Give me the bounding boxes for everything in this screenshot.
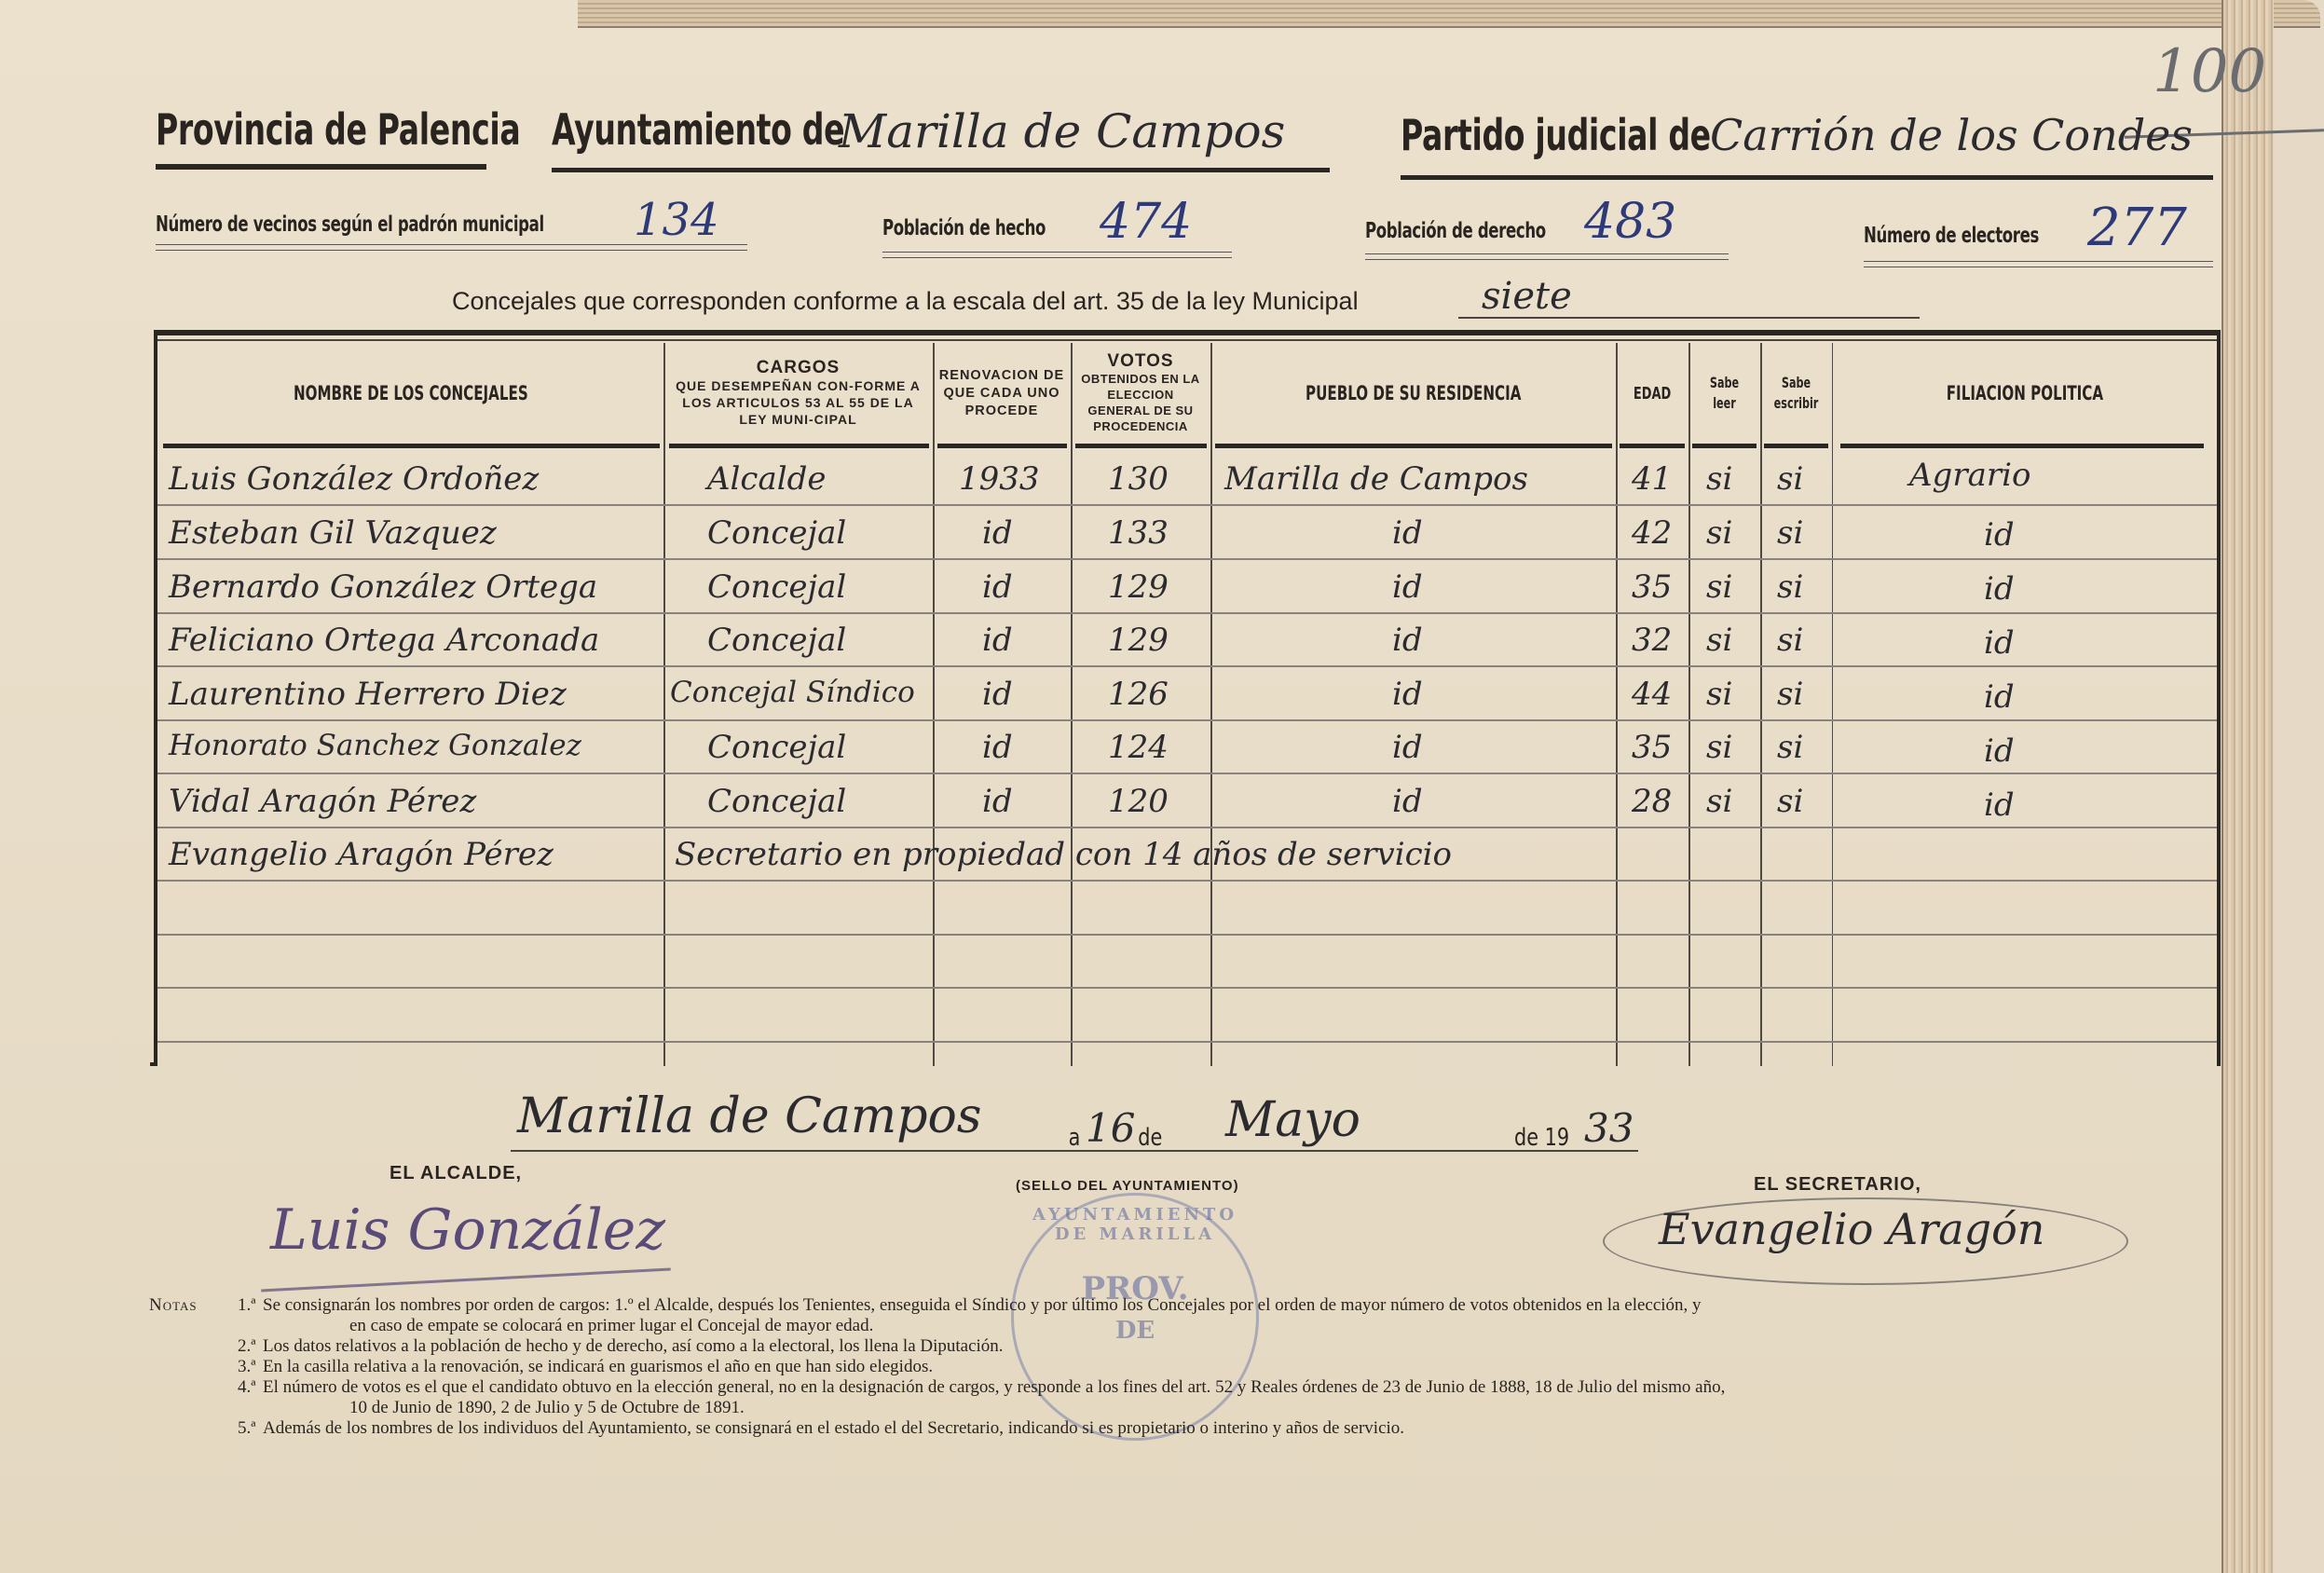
hecho-label: Población de hecho [882,216,1109,240]
cell-renovacion: id [982,676,1013,713]
partido-underline [1401,175,2213,180]
cell-nombre: Esteban Gil Vazquez [169,514,497,552]
cell-escribir: si [1777,568,1803,606]
electores-value: 277 [2087,198,2187,258]
date-day: 16 [1086,1105,1135,1151]
note-item: Notas 1.ª Se consignarán los nombres por… [149,1295,2227,1316]
date-underline [511,1150,1638,1152]
cell-votos: 130 [1108,460,1169,498]
cell-nombre: Honorato Sanchez Gonzalez [169,729,581,762]
cell-escribir: si [1777,676,1803,713]
header-escribir: Sabe escribir [1760,343,1832,444]
note-text-cont: 10 de Junio de 1890, 2 de Julio y 5 de O… [349,1398,745,1418]
note-item: 2.ª Los datos relativos a la población d… [149,1336,2227,1357]
hecho-double-line [882,252,1232,258]
note-text: Los datos relativos a la población de he… [263,1336,1004,1357]
col-divider-double [1832,343,1837,1066]
cell-renovacion: id [982,729,1013,766]
col-divider [1071,343,1073,1066]
cell-filiacion: id [1984,516,2015,554]
row-rule [157,773,2217,774]
cell-edad: 28 [1632,783,1672,820]
cell-leer: si [1706,460,1732,498]
cell-edad: 42 [1632,514,1672,552]
cell-pueblo: id [1392,729,1423,766]
cell-edad: 32 [1632,622,1672,659]
header-cargos: CARGOS QUE DESEMPEÑAN CON-FORME A LOS AR… [663,343,933,444]
cell-cargo: Concejal [707,783,846,820]
note-number: 1.ª [238,1295,256,1316]
table-top-border [154,330,2221,335]
header-separator [1840,444,2204,448]
row-rule [157,612,2217,614]
cell-leer: si [1706,514,1732,552]
cell-pueblo: id [1392,622,1423,659]
cell-secretario-nota: Secretario en propiedad con 14 años de s… [675,836,1452,873]
cell-filiacion: id [1984,570,2015,608]
cell-escribir: si [1777,514,1803,552]
cell-filiacion: id [1984,786,2015,824]
ayuntamiento-value: Marilla de Campos [839,104,1285,158]
cell-pueblo: id [1392,783,1423,820]
cell-nombre: Luis González Ordoñez [169,460,539,498]
table-corner [150,1062,154,1066]
note-number: 4.ª [238,1377,256,1398]
row-rule [157,934,2217,936]
col-divider [1616,343,1618,1066]
col-divider [663,343,665,1066]
cell-edad: 35 [1632,568,1672,606]
vecinos-double-line [156,244,747,251]
note-text: El número de votos es el que el candidat… [263,1377,1725,1398]
date-year-suffix: 33 [1584,1105,1634,1151]
date-de-label: de [1138,1124,1162,1152]
row-rule [157,665,2217,667]
alcalde-signature: Luis González [270,1197,665,1263]
header-separator [163,444,660,448]
electores-label: Número de electores [1864,224,2107,248]
province-underline [156,164,486,170]
concejales-label: Concejales que corresponden conforme a l… [452,287,1359,316]
note-item-cont: 10 de Junio de 1890, 2 de Julio y 5 de O… [149,1398,2227,1418]
date-year-prefix: de 19 [1514,1124,1569,1152]
concejales-value: siete [1482,275,1572,318]
date-month: Mayo [1225,1092,1360,1148]
cell-renovacion: id [982,514,1013,552]
cell-votos: 126 [1108,676,1169,713]
cell-leer: si [1706,783,1732,820]
header-separator [1075,444,1207,448]
secretario-signature-flourish [1603,1197,2128,1285]
page-number: 100 [2153,37,2266,106]
cell-renovacion: id [982,568,1013,606]
note-number: 2.ª [238,1336,256,1357]
cell-escribir: si [1777,460,1803,498]
header-nombre: NOMBRE DE LOS CONCEJALES [157,343,663,444]
row-rule [157,719,2217,721]
document-page: 100 Provincia de Palencia Ayuntamiento d… [0,0,2274,1573]
row-rule [157,827,2217,828]
cell-escribir: si [1777,783,1803,820]
col-divider [1210,343,1212,1066]
cell-pueblo: Marilla de Campos [1224,460,1528,498]
cell-filiacion: Agrario [1909,457,2030,494]
date-place: Marilla de Campos [517,1088,982,1144]
note-item: 3.ª En la casilla relativa a la renovaci… [149,1357,2227,1377]
header-separator [1764,444,1828,448]
note-text-cont: en caso de empate se colocará en primer … [349,1316,873,1336]
cell-edad: 41 [1632,460,1672,498]
cell-filiacion: id [1984,732,2015,770]
note-item: 4.ª El número de votos es el que el cand… [149,1377,2227,1398]
note-text: Se consignarán los nombres por orden de … [263,1295,1702,1316]
sello-label: (SELLO DEL AYUNTAMIENTO) [1016,1178,1239,1194]
cell-edad: 35 [1632,729,1672,766]
ayuntamiento-underline [552,168,1330,172]
partido-value: Carrión de los Condes [1710,110,2193,160]
vecinos-value: 134 [634,194,719,246]
cell-votos: 129 [1108,568,1169,606]
note-number: 5.ª [238,1418,256,1439]
cell-votos: 120 [1108,783,1169,820]
alcalde-label: EL ALCALDE, [390,1163,522,1184]
cell-renovacion: id [982,622,1013,659]
note-number: 3.ª [238,1357,256,1377]
derecho-value: 483 [1584,194,1676,250]
row-rule [157,558,2217,560]
cell-nombre: Vidal Aragón Pérez [169,783,476,820]
row-rule [157,504,2217,506]
note-text: En la casilla relativa a la renovación, … [263,1357,933,1377]
stamp-ring-text: AYUNTAMIENTO DE MARILLA [1014,1205,1256,1244]
header-renovacion: RENOVACION DE QUE CADA UNO PROCEDE [933,343,1071,444]
note-text: Además de los nombres de los individuos … [263,1418,1404,1439]
cell-pueblo: id [1392,676,1423,713]
cell-filiacion: id [1984,624,2015,662]
cell-filiacion: id [1984,678,2015,716]
vecinos-label: Número de vecinos según el padrón munici… [156,212,695,237]
cell-nombre: Evangelio Aragón Pérez [169,836,554,873]
header-separator [669,444,929,448]
header-filiacion: FILIACION POLITICA [1836,343,2213,444]
header-edad: EDAD [1616,343,1688,444]
cell-leer: si [1706,729,1732,766]
cell-escribir: si [1777,622,1803,659]
header-separator [1620,444,1685,448]
cell-cargo: Concejal [707,568,846,606]
electores-double-line [1864,261,2213,267]
cell-nombre: Feliciano Ortega Arconada [169,622,599,659]
hecho-value: 474 [1100,194,1192,250]
row-rule [157,1041,2217,1043]
secretario-label: EL SECRETARIO, [1754,1174,1921,1196]
header-separator [1215,444,1612,448]
header-separator [937,444,1067,448]
cell-renovacion: id [982,783,1013,820]
date-a-label: a [1069,1124,1081,1152]
cell-cargo: Concejal [707,729,846,766]
cell-nombre: Bernardo González Ortega [169,568,597,606]
cell-votos: 133 [1108,514,1169,552]
row-rule [157,880,2217,882]
cell-escribir: si [1777,729,1803,766]
col-divider [933,343,935,1066]
concejales-underline [1458,317,1920,319]
note-item-cont: en caso de empate se colocará en primer … [149,1316,2227,1336]
table-top-inner-line [157,339,2217,341]
cell-votos: 129 [1108,622,1169,659]
col-divider [1760,343,1762,1066]
header-pueblo: PUEBLO DE SU RESIDENCIA [1210,343,1616,444]
cell-leer: si [1706,676,1732,713]
cell-cargo: Concejal Síndico [670,676,915,709]
concejales-table: NOMBRE DE LOS CONCEJALES CARGOS QUE DESE… [154,330,2221,1066]
header-leer: Sabe leer [1688,343,1760,444]
cell-cargo: Concejal [707,622,846,659]
derecho-double-line [1365,253,1729,260]
cell-leer: si [1706,568,1732,606]
note-item: 5.ª Además de los nombres de los individ… [149,1418,2227,1439]
notes-section: Notas 1.ª Se consignarán los nombres por… [149,1295,2227,1439]
row-rule [157,987,2217,989]
notes-label: Notas [149,1295,198,1316]
header-separator [1692,444,1757,448]
cell-cargo: Concejal [707,514,846,552]
derecho-label: Población de derecho [1365,219,1616,243]
book-binding-edge [2221,0,2274,1573]
header-votos: VOTOS OBTENIDOS EN LA ELECCION GENERAL D… [1071,343,1210,444]
cell-votos: 124 [1108,729,1169,766]
cell-leer: si [1706,622,1732,659]
cell-renovacion: 1933 [959,460,1040,498]
col-divider [1688,343,1690,1066]
cell-pueblo: id [1392,514,1423,552]
cell-nombre: Laurentino Herrero Diez [169,676,567,713]
page-top-edge [578,0,2320,28]
alcalde-signature-flourish [261,1267,671,1292]
cell-cargo: Alcalde [707,460,827,498]
cell-pueblo: id [1392,568,1423,606]
cell-edad: 44 [1632,676,1672,713]
